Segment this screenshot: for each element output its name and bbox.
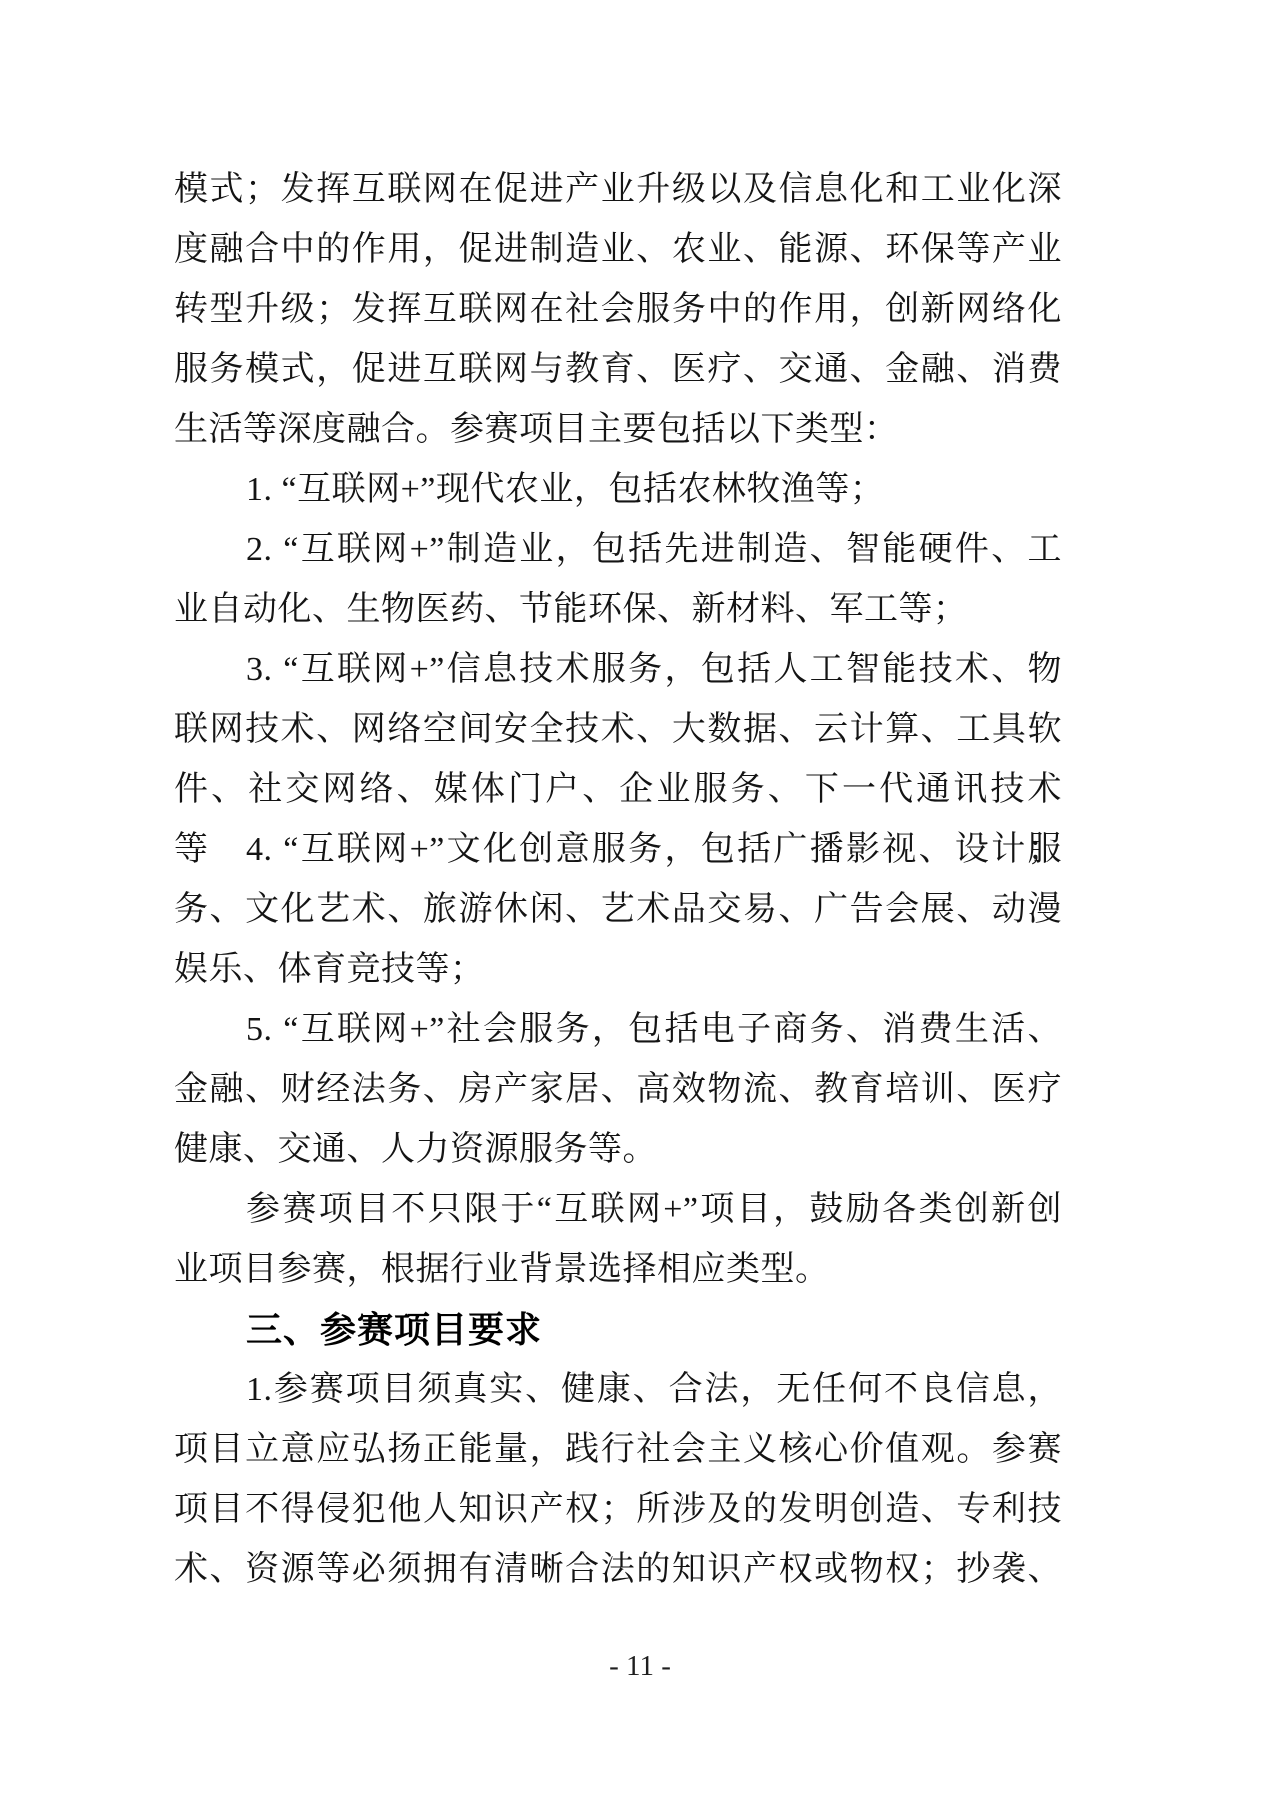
text-line: 服务模式，促进互联网与教育、医疗、交通、金融、消费 [174, 340, 1062, 400]
text-line: 度融合中的作用，促进制造业、农业、能源、环保等产业 [174, 220, 1062, 280]
text-line: 娱乐、体育竞技等； [174, 940, 1062, 1000]
text-line: 件、社交网络、媒体门户、企业服务、下一代通讯技术等； [174, 760, 1062, 820]
document-body: 模式；发挥互联网在促进产业升级以及信息化和工业化深度融合中的作用，促进制造业、农… [174, 160, 1062, 1600]
text-line: 生活等深度融合。参赛项目主要包括以下类型： [174, 400, 1062, 460]
text-line: 3. “互联网+”信息技术服务，包括人工智能技术、物 [174, 640, 1062, 700]
section-heading: 三、参赛项目要求 [174, 1300, 1062, 1360]
text-line: 术、资源等必须拥有清晰合法的知识产权或物权；抄袭、 [174, 1540, 1062, 1600]
text-line: 务、文化艺术、旅游休闲、艺术品交易、广告会展、动漫 [174, 880, 1062, 940]
text-line: 2. “互联网+”制造业，包括先进制造、智能硬件、工 [174, 520, 1062, 580]
text-line: 转型升级；发挥互联网在社会服务中的作用，创新网络化 [174, 280, 1062, 340]
text-line: 健康、交通、人力资源服务等。 [174, 1120, 1062, 1180]
text-line: 项目不得侵犯他人知识产权；所涉及的发明创造、专利技 [174, 1480, 1062, 1540]
text-line: 参赛项目不只限于“互联网+”项目，鼓励各类创新创 [174, 1180, 1062, 1240]
text-line: 金融、财经法务、房产家居、高效物流、教育培训、医疗 [174, 1060, 1062, 1120]
text-line: 1. “互联网+”现代农业，包括农林牧渔等； [174, 460, 1062, 520]
document-page: 模式；发挥互联网在促进产业升级以及信息化和工业化深度融合中的作用，促进制造业、农… [0, 0, 1280, 1810]
text-line: 模式；发挥互联网在促进产业升级以及信息化和工业化深 [174, 160, 1062, 220]
text-line: 业自动化、生物医药、节能环保、新材料、军工等； [174, 580, 1062, 640]
text-line: 5. “互联网+”社会服务，包括电子商务、消费生活、 [174, 1000, 1062, 1060]
text-line: 4. “互联网+”文化创意服务，包括广播影视、设计服 [174, 820, 1062, 880]
page-number: - 11 - [0, 1636, 1280, 1696]
text-line: 项目立意应弘扬正能量，践行社会主义核心价值观。参赛 [174, 1420, 1062, 1480]
text-line: 业项目参赛，根据行业背景选择相应类型。 [174, 1240, 1062, 1300]
text-line: 联网技术、网络空间安全技术、大数据、云计算、工具软 [174, 700, 1062, 760]
text-line: 1.参赛项目须真实、健康、合法，无任何不良信息， [174, 1360, 1062, 1420]
